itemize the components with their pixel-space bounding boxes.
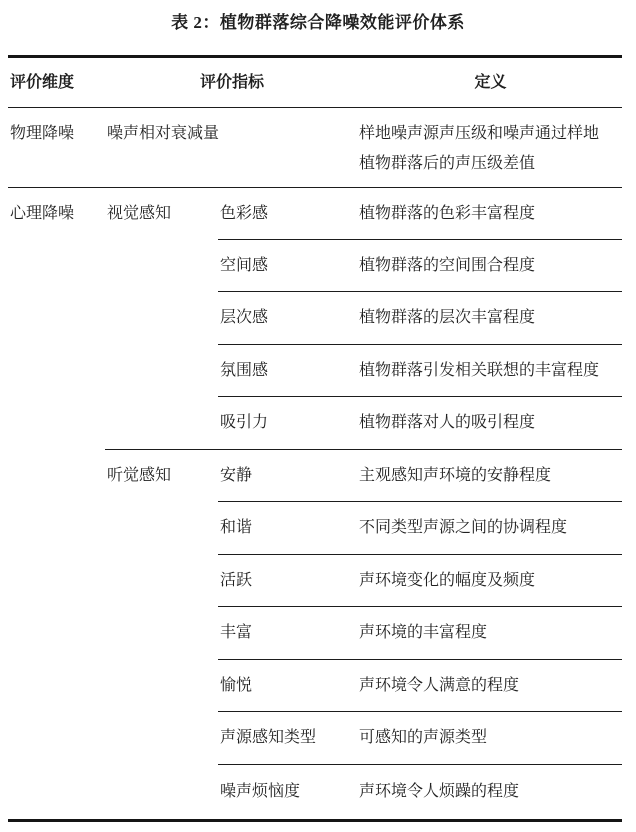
table-row-physical: 物理降噪 噪声相对衰减量 样地噪声源声压级和噪声通过样地植物群落后的声压级差值 [8, 108, 622, 188]
cell-group [105, 660, 218, 712]
cell-group [105, 345, 218, 397]
title-area: 表 2：植物群落综合降噪效能评价体系 [0, 0, 636, 55]
cell-dimension: 物理降噪 [8, 108, 105, 187]
cell-indicator: 氛围感 [218, 345, 357, 397]
table-row: 活跃 声环境变化的幅度及频度 [8, 555, 622, 607]
cell-definition: 植物群落对人的吸引程度 [357, 397, 622, 450]
cell-definition: 植物群落的层次丰富程度 [357, 292, 622, 345]
table-caption: 表 2：植物群落综合降噪效能评价体系 [171, 8, 465, 33]
cell-group [105, 555, 218, 607]
cell-dimension [8, 450, 105, 502]
cell-definition: 不同类型声源之间的协调程度 [357, 502, 622, 555]
cell-dimension [8, 240, 105, 292]
cell-dimension [8, 502, 105, 555]
cell-dimension [8, 292, 105, 345]
cell-definition: 声环境令人烦躁的程度 [357, 765, 622, 819]
cell-definition: 植物群落引发相关联想的丰富程度 [357, 345, 622, 397]
cell-group: 听觉感知 [105, 450, 218, 502]
header-definition: 定义 [357, 58, 622, 107]
cell-dimension [8, 712, 105, 765]
table-row: 层次感 植物群落的层次丰富程度 [8, 292, 622, 345]
cell-dimension [8, 765, 105, 819]
cell-group [105, 292, 218, 345]
cell-indicator: 色彩感 [218, 188, 357, 240]
table-row: 噪声烦恼度 声环境令人烦躁的程度 [8, 765, 622, 822]
cell-indicator: 空间感 [218, 240, 357, 292]
cell-definition: 样地噪声源声压级和噪声通过样地植物群落后的声压级差值 [357, 108, 622, 187]
table-row: 心理降噪 视觉感知 色彩感 植物群落的色彩丰富程度 [8, 188, 622, 240]
cell-group [105, 765, 218, 819]
table-row: 和谐 不同类型声源之间的协调程度 [8, 502, 622, 555]
table-row: 声源感知类型 可感知的声源类型 [8, 712, 622, 765]
table-row: 丰富 声环境的丰富程度 [8, 607, 622, 660]
table-row: 吸引力 植物群落对人的吸引程度 [8, 397, 622, 450]
cell-indicator: 活跃 [218, 555, 357, 607]
cell-group [105, 607, 218, 660]
cell-dimension [8, 555, 105, 607]
cell-indicator: 噪声相对衰减量 [105, 108, 357, 187]
cell-indicator: 和谐 [218, 502, 357, 555]
definition-text: 样地噪声源声压级和噪声通过样地植物群落后的声压级差值 [359, 119, 607, 179]
cell-indicator: 安静 [218, 450, 357, 502]
cell-indicator: 声源感知类型 [218, 712, 357, 765]
cell-definition: 植物群落的色彩丰富程度 [357, 188, 622, 240]
cell-indicator: 噪声烦恼度 [218, 765, 357, 819]
cell-group [105, 240, 218, 292]
table-row: 氛围感 植物群落引发相关联想的丰富程度 [8, 345, 622, 397]
cell-dimension [8, 660, 105, 712]
cell-dimension [8, 397, 105, 450]
cell-definition: 声环境变化的幅度及频度 [357, 555, 622, 607]
cell-definition: 声环境令人满意的程度 [357, 660, 622, 712]
cell-indicator: 吸引力 [218, 397, 357, 450]
table-header-row: 评价维度 评价指标 定义 [8, 58, 622, 108]
cell-dimension: 心理降噪 [8, 188, 105, 240]
cell-dimension [8, 345, 105, 397]
cell-definition: 声环境的丰富程度 [357, 607, 622, 660]
cell-group [105, 712, 218, 765]
cell-dimension [8, 607, 105, 660]
table-row: 空间感 植物群落的空间围合程度 [8, 240, 622, 292]
table-row: 听觉感知 安静 主观感知声环境的安静程度 [8, 450, 622, 502]
cell-indicator: 丰富 [218, 607, 357, 660]
evaluation-table: 评价维度 评价指标 定义 物理降噪 噪声相对衰减量 样地噪声源声压级和噪声通过样… [8, 55, 622, 822]
cell-group: 视觉感知 [105, 188, 218, 240]
cell-indicator: 愉悦 [218, 660, 357, 712]
cell-definition: 植物群落的空间围合程度 [357, 240, 622, 292]
cell-group [105, 502, 218, 555]
cell-group [105, 397, 218, 450]
cell-definition: 主观感知声环境的安静程度 [357, 450, 622, 502]
cell-indicator: 层次感 [218, 292, 357, 345]
cell-definition: 可感知的声源类型 [357, 712, 622, 765]
header-indicator: 评价指标 [105, 58, 357, 107]
header-dimension: 评价维度 [8, 58, 105, 107]
table-row: 愉悦 声环境令人满意的程度 [8, 660, 622, 712]
